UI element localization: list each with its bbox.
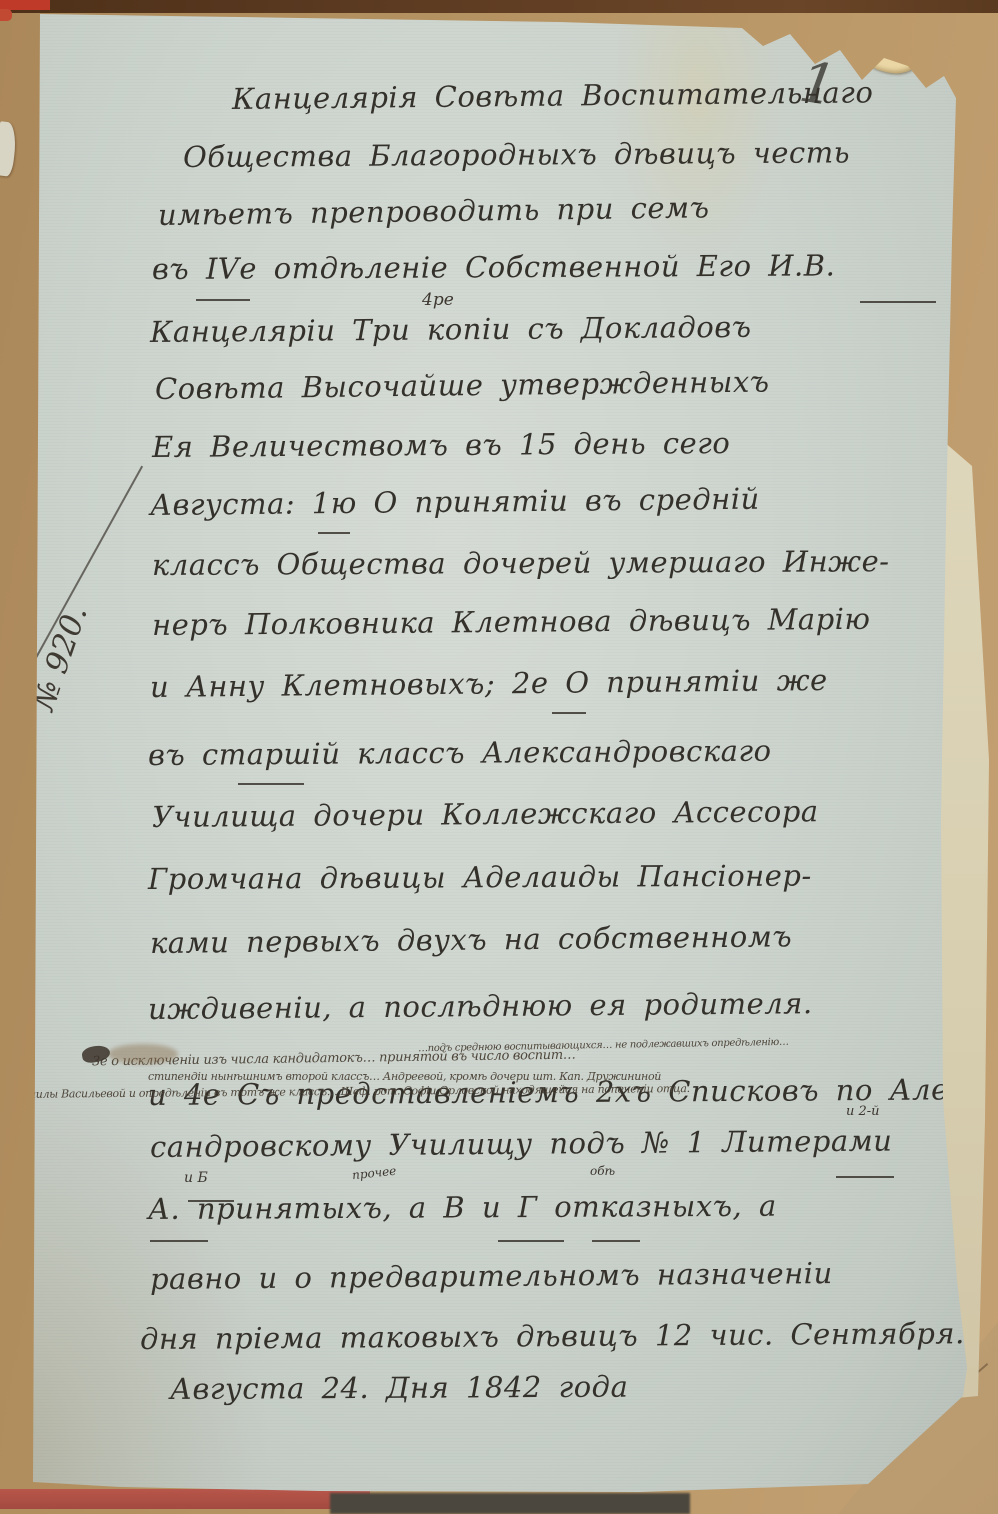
manuscript-line: и Анну Клетновыхъ; 2е О принятіи же xyxy=(150,663,828,704)
manuscript-line: въ старшій классъ Александровскаго xyxy=(148,734,772,772)
manuscript-line: ками первыхъ двухъ на собственномъ xyxy=(150,919,792,960)
bottom-shadow xyxy=(330,1493,690,1514)
ink-underline xyxy=(498,1240,564,1242)
manuscript-line: Канцелярія Совѣта Воспитательнаго xyxy=(232,75,874,116)
manuscript-line: классъ Общества дочерей умершаго Инже- xyxy=(152,544,890,582)
ink-underline xyxy=(150,1240,208,1242)
interlinear-correction: 4ре xyxy=(422,290,454,310)
manuscript-line: Августа: 1ю О принятіи въ средній xyxy=(150,482,760,522)
manuscript-line: неръ Полковника Клетнова дѣвицъ Марію xyxy=(152,602,871,642)
red-bottom-strip xyxy=(0,1489,370,1509)
interlinear-correction: прочее xyxy=(351,1164,397,1183)
manuscript-line: равно и о предварительномъ назначеніи xyxy=(150,1256,833,1296)
red-edge-mark xyxy=(0,9,12,21)
manuscript-line: Общества Благородныхъ дѣвицъ честь xyxy=(183,135,850,174)
manuscript-page: 1 № 920. Канцелярія Совѣта Воспитательна… xyxy=(0,0,998,1514)
ink-underline xyxy=(836,1176,894,1178)
interlinear-insertion: стипендіи нынѣшнимъ второй классъ… Андре… xyxy=(148,1070,661,1083)
interlinear-correction: и Б xyxy=(184,1170,208,1186)
manuscript-line: Августа 24. Дня 1842 года xyxy=(170,1370,628,1406)
manuscript-line: дня пріема таковыхъ дѣвицъ 12 чис. Сентя… xyxy=(140,1316,965,1356)
ink-underline xyxy=(592,1240,640,1242)
ink-smudge xyxy=(108,1044,178,1064)
ink-underline xyxy=(238,783,304,785)
ink-underline xyxy=(188,1200,234,1202)
manuscript-line: Училища дочери Коллежскаго Ассесора xyxy=(152,794,819,834)
manuscript-line: Совѣта Высочайше утвержденныхъ xyxy=(155,364,770,406)
manuscript-line: иждивеніи, а послѣднюю ея родителя. xyxy=(148,986,813,1026)
margin-pen-stroke xyxy=(21,466,143,684)
manuscript-line: Канцеляріи Три копіи съ Докладовъ xyxy=(150,310,752,349)
manuscript-line: въ IVе отдѣленіе Собственной Его И.В. xyxy=(152,248,835,286)
interlinear-correction: и 2-й xyxy=(846,1104,880,1119)
manuscript-line: Ея Величествомъ въ 15 день сего xyxy=(152,426,731,464)
board-top-edge xyxy=(0,0,998,13)
ink-underline xyxy=(552,712,586,714)
interlinear-correction: обѣ xyxy=(590,1164,615,1178)
manuscript-line: имѣетъ препроводить при семъ xyxy=(158,190,710,232)
ink-underline xyxy=(860,301,936,303)
ink-underline xyxy=(196,299,250,301)
manuscript-line: Громчана дѣвицы Аделаиды Пансіонер- xyxy=(148,859,812,896)
ink-underline xyxy=(318,532,350,534)
manuscript-line: А. принятыхъ, а В и Г отказныхъ, а xyxy=(148,1189,777,1226)
manuscript-line: сандровскому Училищу подъ № 1 Литерами xyxy=(150,1124,893,1164)
